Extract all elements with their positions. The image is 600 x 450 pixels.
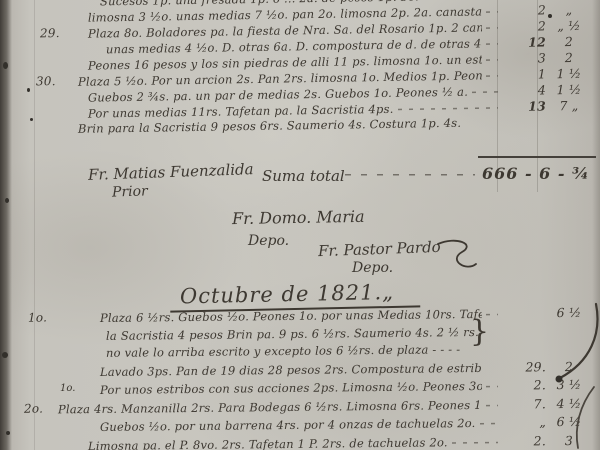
dotted-leader	[483, 327, 498, 335]
dotted-leader	[486, 7, 498, 15]
page-right-edge	[592, 0, 600, 450]
ledger-section-top: Sucesos 1p. una fresada 1p. o ... 2a. de…	[0, 0, 592, 138]
dotted-leader	[486, 382, 498, 390]
signature-prior-name: Fr. Matias Fuenzalida	[88, 160, 254, 184]
amount-pesos: 4	[502, 82, 546, 98]
amount-reales: 1 ½	[546, 66, 592, 82]
amount-reales: 3 ½	[546, 376, 592, 394]
ink-speck	[5, 198, 9, 203]
ledger-section-bottom: 1o. Plaza 6 ½rs. Guebos ½o. Peones 1o. p…	[0, 310, 592, 450]
dotted-leader	[397, 103, 498, 113]
amount-reales: 4 ½	[546, 394, 592, 412]
amount-pesos: 12	[502, 34, 546, 50]
signature-deponent-2-name: Fr. Pastor Pardo	[318, 238, 441, 260]
dotted-leader	[479, 419, 498, 427]
dotted-leader	[486, 310, 498, 318]
total-rule-line	[478, 156, 596, 158]
suma-total-amount: 666 - 6 - ¾	[482, 164, 590, 183]
amount-pesos: 2.	[502, 376, 546, 394]
dotted-leader	[486, 23, 498, 31]
suma-total-label: Suma total	[262, 167, 345, 185]
amount-pesos	[502, 125, 546, 126]
amount-reales: 3	[546, 431, 592, 449]
amount-reales: „	[546, 2, 592, 18]
amount-reales: 6 ½	[546, 413, 592, 431]
dotted-leader	[472, 87, 498, 95]
dotted-leader	[486, 55, 498, 63]
amount-reales	[546, 125, 592, 126]
signature-deponent-2-title: Depo.	[352, 260, 393, 276]
dotted-leader	[452, 437, 498, 445]
dotted-leader	[464, 345, 498, 353]
amount-reales: „ ½	[546, 18, 592, 34]
amount-pesos: 2	[502, 18, 546, 34]
dotted-leader	[465, 118, 498, 127]
amount-reales: 2	[546, 34, 592, 50]
amount-reales: 6 ½	[546, 304, 592, 322]
day-number: 1o.	[28, 310, 47, 328]
amount-pesos: 7.	[502, 395, 546, 413]
amount-pesos: 13	[502, 98, 546, 114]
amount-pesos: 3	[502, 50, 546, 66]
day-number: 29.	[40, 26, 60, 41]
amount-pesos: 1	[502, 66, 546, 82]
dotted-leader	[486, 71, 498, 79]
dotted-leader	[345, 172, 475, 178]
amount-reales: 7 „	[546, 98, 592, 114]
day-number: 2o.	[24, 400, 43, 418]
amount-pesos: 29.	[502, 358, 546, 376]
day-number: 30.	[36, 74, 56, 89]
amount-pesos: 2	[502, 2, 546, 18]
dotted-leader	[486, 39, 498, 47]
dotted-leader	[486, 363, 498, 371]
manuscript-page: Sucesos 1p. una fresada 1p. o ... 2a. de…	[0, 0, 600, 450]
signature-deponent-1-name: Fr. Domo. Maria	[232, 207, 365, 228]
amount-reales: 2	[546, 50, 592, 66]
amount-reales: 1 ½	[546, 82, 592, 98]
amount-pesos: „	[502, 413, 546, 431]
signature-deponent-1-title: Depo.	[248, 233, 289, 249]
dotted-leader	[486, 400, 498, 408]
amount-reales: 2	[546, 357, 592, 375]
amount-pesos: 2.	[502, 432, 546, 450]
signature-prior-title: Prior	[112, 183, 148, 200]
